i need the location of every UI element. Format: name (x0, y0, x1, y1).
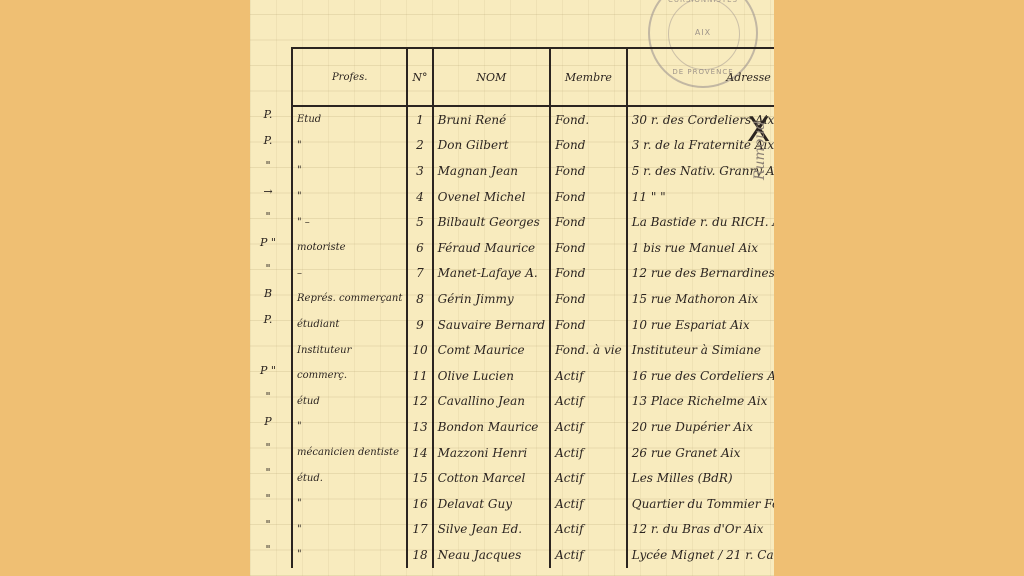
membership-cell: Actif (550, 414, 627, 440)
number-cell: 16 (407, 491, 432, 517)
number-cell: 15 (407, 465, 432, 491)
row-margin-mark: " (250, 518, 286, 531)
name-cell: Ovenel Michel (433, 184, 550, 210)
membership-cell: Fond. à vie (550, 337, 627, 363)
name-cell: Féraud Maurice (433, 235, 550, 261)
address-cell: 26 rue Granet Aix (627, 440, 774, 466)
row-margin-mark: " (250, 466, 286, 479)
vertical-margin-note: Rumoud (752, 121, 768, 180)
name-cell: Bilbault Georges (433, 209, 550, 235)
name-cell: Cotton Marcel (433, 465, 550, 491)
profession-cell: " (292, 414, 407, 440)
row-margin-mark: " (250, 210, 286, 223)
profession-cell: mécanicien dentiste (292, 440, 407, 466)
table-row: étud12Cavallino JeanActif13 Place Richel… (292, 389, 774, 415)
number-cell: 13 (407, 414, 432, 440)
number-cell: 3 (407, 158, 432, 184)
membership-cell: Fond (550, 235, 627, 261)
table-row: mécanicien dentiste14Mazzoni HenriActif2… (292, 440, 774, 466)
number-cell: 8 (407, 286, 432, 312)
table-row: motoriste6Féraud MauriceFond1 bis rue Ma… (292, 235, 774, 261)
membership-cell: Fond (550, 286, 627, 312)
row-margin-mark: " (250, 492, 286, 505)
number-cell: 9 (407, 312, 432, 338)
number-cell: 11 (407, 363, 432, 389)
table-row: "2Don GilbertFond3 r. de la Fraternité A… (292, 133, 774, 159)
row-margin-mark: P (250, 415, 286, 428)
address-cell: Lycée Mignet / 21 r. Cardinale (627, 542, 774, 568)
address-cell: 20 rue Dupérier Aix (627, 414, 774, 440)
table-row: "16Delavat GuyActifQuartier du Tommier F… (292, 491, 774, 517)
name-cell: Magnan Jean (433, 158, 550, 184)
membership-cell: Fond (550, 312, 627, 338)
table-row: "17Silve Jean Ed.Actif12 r. du Bras d'Or… (292, 517, 774, 543)
row-margin-mark: P " (250, 236, 286, 249)
address-cell: 13 Place Richelme Aix (627, 389, 774, 415)
profession-cell: Instituteur (292, 337, 407, 363)
table-row: étud.15Cotton MarcelActifLes Milles (BdR… (292, 465, 774, 491)
number-cell: 18 (407, 542, 432, 568)
address-cell: La Bastide r. du RICH. Aix (627, 209, 774, 235)
name-cell: Gérin Jimmy (433, 286, 550, 312)
table-row: "18Neau JacquesActifLycée Mignet / 21 r.… (292, 542, 774, 568)
name-cell: Comt Maurice (433, 337, 550, 363)
profession-cell: étud (292, 389, 407, 415)
membership-cell: Actif (550, 517, 627, 543)
name-cell: Mazzoni Henri (433, 440, 550, 466)
name-cell: Bruni René (433, 106, 550, 133)
address-cell: Quartier du Tommier Forcalquier (BA) (627, 491, 774, 517)
stamp-top-text: ASSOCIATION DES ... CURSIONNISTES (650, 0, 756, 4)
membership-cell: Actif (550, 491, 627, 517)
header-membership: Membre (550, 48, 627, 106)
row-margin-mark: P. (250, 134, 286, 147)
profession-cell: " (292, 517, 407, 543)
table-row: "13Bondon MauriceActif20 rue Dupérier Ai… (292, 414, 774, 440)
name-cell: Manet-Lafaye A. (433, 261, 550, 287)
address-cell: Les Milles (BdR) (627, 465, 774, 491)
row-margin-mark: → (250, 185, 286, 198)
name-cell: Silve Jean Ed. (433, 517, 550, 543)
profession-cell: étud. (292, 465, 407, 491)
number-cell: 17 (407, 517, 432, 543)
address-cell: 12 rue des Bernardines A. (627, 261, 774, 287)
membership-cell: Actif (550, 542, 627, 568)
profession-cell: commerç. (292, 363, 407, 389)
profession-cell: – (292, 261, 407, 287)
profession-cell: " – (292, 209, 407, 235)
address-cell: 16 rue des Cordeliers Aix (627, 363, 774, 389)
name-cell: Olive Lucien (433, 363, 550, 389)
profession-cell: " (292, 491, 407, 517)
number-cell: 5 (407, 209, 432, 235)
row-margin-mark: B (250, 287, 286, 300)
number-cell: 7 (407, 261, 432, 287)
profession-cell: étudiant (292, 312, 407, 338)
number-cell: 12 (407, 389, 432, 415)
address-cell: 11 " " (627, 184, 774, 210)
number-cell: 10 (407, 337, 432, 363)
number-cell: 6 (407, 235, 432, 261)
address-cell: Instituteur à Simiane (627, 337, 774, 363)
profession-cell: " (292, 184, 407, 210)
table-row: "4Ovenel MichelFond11 " "" (292, 184, 774, 210)
profession-cell: motoriste (292, 235, 407, 261)
table-row: Représ. commerçant8Gérin JimmyFond15 rue… (292, 286, 774, 312)
number-cell: 1 (407, 106, 432, 133)
name-cell: Don Gilbert (433, 133, 550, 159)
membership-cell: Fond (550, 184, 627, 210)
membership-cell: Fond (550, 158, 627, 184)
header-profession: Profes. (292, 48, 407, 106)
row-margin-mark: " (250, 543, 286, 556)
row-margin-mark: P " (250, 364, 286, 377)
row-margin-mark: P. (250, 313, 286, 326)
table-row: Instituteur10Comt MauriceFond. à vieInst… (292, 337, 774, 363)
header-row: Profes. N° NOM Membre Adresse Date (292, 48, 774, 106)
name-cell: Neau Jacques (433, 542, 550, 568)
membership-cell: Fond (550, 261, 627, 287)
table-row: étudiant9Sauvaire BernardFond10 rue Espa… (292, 312, 774, 338)
name-cell: Sauvaire Bernard (433, 312, 550, 338)
name-cell: Bondon Maurice (433, 414, 550, 440)
membership-cell: Fond (550, 133, 627, 159)
name-cell: Cavallino Jean (433, 389, 550, 415)
header-name: NOM (433, 48, 550, 106)
profession-cell: " (292, 542, 407, 568)
stamp-center-text: AIX (650, 28, 756, 37)
row-margin-mark: " (250, 441, 286, 454)
row-margin-mark: " (250, 262, 286, 275)
profession-cell: Représ. commerçant (292, 286, 407, 312)
profession-cell: Etud (292, 106, 407, 133)
number-cell: 4 (407, 184, 432, 210)
address-cell: 10 rue Espariat Aix (627, 312, 774, 338)
table-row: "3Magnan JeanFond5 r. des Nativ. Granry … (292, 158, 774, 184)
header-number: N° (407, 48, 432, 106)
address-cell: 12 r. du Bras d'Or Aix (627, 517, 774, 543)
address-cell: 15 rue Mathoron Aix (627, 286, 774, 312)
register-rows: Etud1Bruni RenéFond.30 r. des Cordeliers… (292, 106, 774, 568)
table-row: Etud1Bruni RenéFond.30 r. des Cordeliers… (292, 106, 774, 133)
number-cell: 14 (407, 440, 432, 466)
membership-cell: Fond. (550, 106, 627, 133)
table-row: " –5Bilbault GeorgesFondLa Bastide r. du… (292, 209, 774, 235)
membership-cell: Actif (550, 363, 627, 389)
document-page: ASSOCIATION DES ... CURSIONNISTES AIX DE… (250, 0, 774, 576)
membership-cell: Fond (550, 209, 627, 235)
row-margin-mark: P. (250, 108, 286, 121)
address-cell: 1 bis rue Manuel Aix (627, 235, 774, 261)
profession-cell: " (292, 133, 407, 159)
membership-cell: Actif (550, 465, 627, 491)
header-address: Adresse (627, 48, 774, 106)
name-cell: Delavat Guy (433, 491, 550, 517)
row-margin-mark: " (250, 390, 286, 403)
table-row: –7Manet-Lafaye A.Fond12 rue des Bernardi… (292, 261, 774, 287)
number-cell: 2 (407, 133, 432, 159)
membership-cell: Actif (550, 389, 627, 415)
profession-cell: " (292, 158, 407, 184)
membership-cell: Actif (550, 440, 627, 466)
row-margin-mark: " (250, 159, 286, 172)
table-row: commerç.11Olive LucienActif16 rue des Co… (292, 363, 774, 389)
member-register-table: Profes. N° NOM Membre Adresse Date Etud1… (291, 47, 774, 568)
